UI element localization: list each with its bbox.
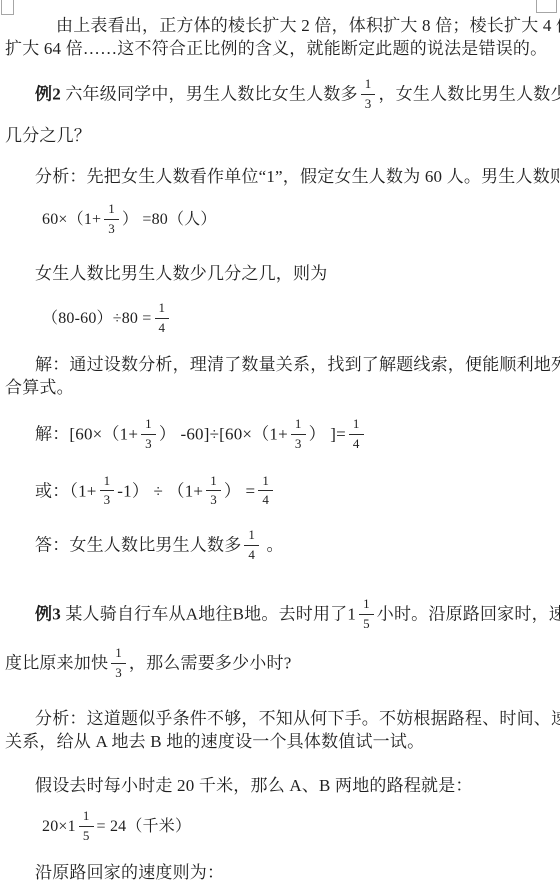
para-restate-question: 女生人数比男生人数少几分之几，则为 <box>0 262 560 285</box>
fraction: 14 <box>349 416 364 453</box>
text-line: 分析：先把女生人数看作单位“1”，假定女生人数为 60 人。男生人数则为 <box>0 165 560 188</box>
para-assumption: 假设去时每小时走 20 千米，那么 A、B 两地的路程就是： <box>0 774 560 797</box>
text-line: 分析：这道题似乎条件不够，不知从何下手。不妨根据路程、时间、速度的 <box>0 707 560 730</box>
text-line: 答：女生人数比男生人数多14 。 <box>0 526 560 567</box>
para-analysis-example2: 分析：先把女生人数看作单位“1”，假定女生人数为 60 人。男生人数则为 <box>0 165 560 188</box>
fraction: 13 <box>361 76 376 113</box>
fraction: 14 <box>155 300 170 337</box>
para-example2: 例2 六年级同学中，男生人数比女生人数多13，女生人数比男生人数少几分之几？ <box>0 75 560 147</box>
para-conclusion: 由上表看出，正方体的棱长扩大 2 倍，体积扩大 8 倍；棱长扩大 4 倍，体积扩… <box>0 14 560 60</box>
formula-distance: 20×115= 24（千米） <box>0 807 560 848</box>
text-line: 关系，给从 A 地去 B 地的速度设一个具体数值试一试。 <box>0 730 560 753</box>
text-line: 解：[60×（1+13） -60]÷[60×（1+13） ]=14 <box>0 415 560 456</box>
text-line: 沿原路回家的速度则为： <box>0 861 560 884</box>
text-line: （80-60）÷80 =14 <box>0 299 560 340</box>
formula-solution: 解：[60×（1+13） -60]÷[60×（1+13） ]=14 <box>0 415 560 456</box>
text-line: 度比原来加快13，那么需要多少小时? <box>0 644 560 685</box>
text-line: 由上表看出，正方体的棱长扩大 2 倍，体积扩大 8 倍；棱长扩大 4 倍，体积 <box>0 14 560 37</box>
text-line: 合算式。 <box>0 376 560 399</box>
text-line: 假设去时每小时走 20 千米，那么 A、B 两地的路程就是： <box>0 774 560 797</box>
table-border-remnant-right <box>536 0 557 13</box>
table-border-remnant-left <box>1 0 14 15</box>
text-line: 几分之几？ <box>0 124 560 147</box>
fraction: 13 <box>291 416 306 453</box>
text-line: 或：（1+13-1） ÷ （1+13） =14 <box>0 472 560 513</box>
document: 由上表看出，正方体的棱长扩大 2 倍，体积扩大 8 倍；棱长扩大 4 倍，体积扩… <box>0 14 560 884</box>
para-answer: 答：女生人数比男生人数多14 。 <box>0 526 560 567</box>
fraction: 14 <box>258 473 273 510</box>
formula-alternative: 或：（1+13-1） ÷ （1+13） =14 <box>0 472 560 513</box>
text-line: 女生人数比男生人数少几分之几，则为 <box>0 262 560 285</box>
text-line: 解：通过设数分析，理清了数量关系，找到了解题线索，便能顺利地列出综 <box>0 353 560 376</box>
text-line: 例3 某人骑自行车从A地往B地。去时用了115小时。沿原路回家时，速 <box>0 595 560 636</box>
fraction: 13 <box>104 201 119 238</box>
fraction: 15 <box>359 596 374 633</box>
text-line: 例2 六年级同学中，男生人数比女生人数多13，女生人数比男生人数少 <box>0 75 560 116</box>
example-label: 例2 <box>35 84 61 103</box>
formula-difference: （80-60）÷80 =14 <box>0 299 560 340</box>
formula-boys-count: 60×（1+13） =80（人） <box>0 200 560 241</box>
fraction: 13 <box>100 473 115 510</box>
fraction: 13 <box>111 645 126 682</box>
text-line: 60×（1+13） =80（人） <box>0 200 560 241</box>
para-solution-note: 解：通过设数分析，理清了数量关系，找到了解题线索，便能顺利地列出综合算式。 <box>0 353 560 399</box>
fraction: 13 <box>141 416 156 453</box>
fraction: 14 <box>244 527 259 564</box>
para-example3: 例3 某人骑自行车从A地往B地。去时用了115小时。沿原路回家时，速度比原来加快… <box>0 595 560 685</box>
para-analysis-example3: 分析：这道题似乎条件不够，不知从何下手。不妨根据路程、时间、速度的关系，给从 A… <box>0 707 560 753</box>
text-line: 扩大 64 倍……这不符合正比例的含义，就能断定此题的说法是错误的。 <box>0 37 560 60</box>
fraction: 15 <box>79 808 94 845</box>
fraction: 13 <box>206 473 221 510</box>
example-label: 例3 <box>35 605 61 624</box>
text-line: 20×115= 24（千米） <box>0 807 560 848</box>
para-return-speed: 沿原路回家的速度则为： <box>0 861 560 884</box>
